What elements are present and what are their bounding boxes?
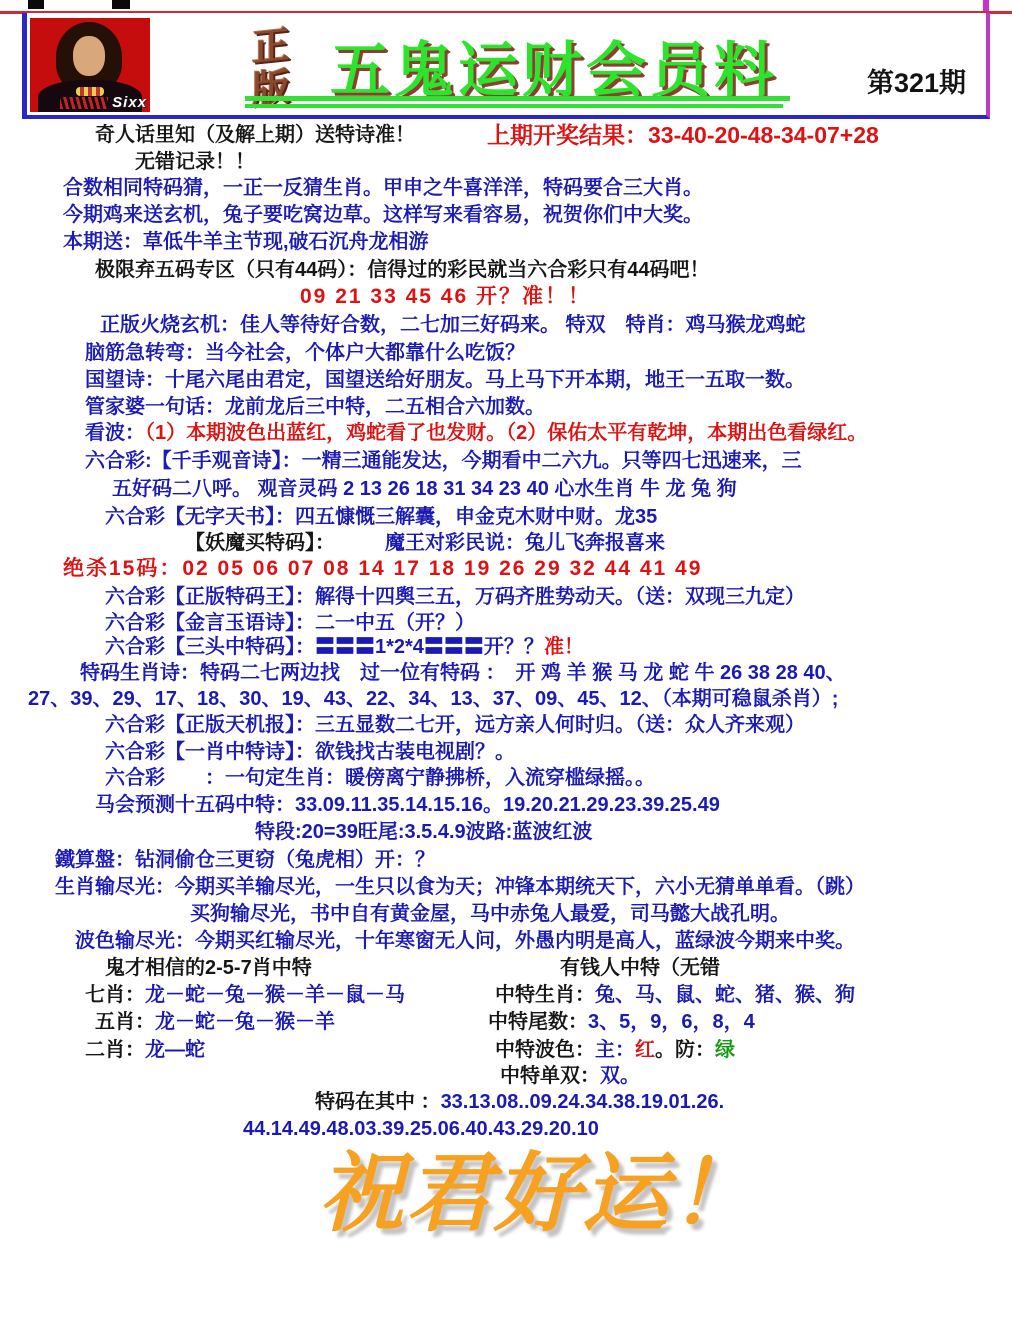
- text-segment: 六合彩:【千手观音诗】：一精三通能发达，今期看中二六九。只等四七迅速来，三: [85, 450, 802, 472]
- text-segment: 有钱人中特（无错: [560, 957, 720, 979]
- text-segment: 七肖：: [85, 984, 145, 1006]
- text-line: 国望诗：十尾六尾由君定，国望送给好朋友。马上马下开本期，地王一五取一数。: [85, 368, 805, 392]
- text-line: 波色输尽光：今期买红输尽光，十年寒窗无人问，外愚内明是高人，蓝绿波今期来中奖。: [75, 929, 855, 953]
- text-segment: 【妖魔买特码】：: [185, 532, 325, 554]
- text-line: 合数相同特码猜，一正一反猜生肖。甲申之牛喜洋洋，特码要合三大肖。: [63, 176, 703, 200]
- 44-codes-pick: 09 21 33 45 46 开？准！！: [300, 285, 591, 309]
- text-segment: 管家婆一句话：龙前龙后三中特，二五相合六加数。: [85, 396, 545, 418]
- portrait-photo: Sixx: [30, 18, 150, 112]
- text-segment: 六合彩【一肖中特诗】：欲钱找古装电视剧？。: [105, 741, 515, 763]
- title-underline: [245, 96, 790, 101]
- text-segment: 奇人话里知（及解上期）送特诗准！: [95, 124, 415, 146]
- text-line: 极限弃五码专区（只有44码）：信得过的彩民就当六合彩只有44码吧！: [95, 258, 710, 282]
- text-segment: 六合彩【正版天机报】：三五显数二七开，远方亲人何时归。（送：众人齐来观）: [105, 714, 805, 736]
- text-segment: 正版火烧玄机：佳人等待好合数，二七加三好码来。 特双 特肖：鸡马猴龙鸡蛇: [100, 314, 806, 336]
- text-line-col2: 有钱人中特（无错: [560, 956, 720, 980]
- text-segment: 兔、马、鼠、蛇、猪、猴、狗: [595, 984, 855, 1006]
- scan-artifact: [28, 0, 44, 9]
- text-line: 今期鸡来送玄机，兔子要吃窝边草。这样写来看容易，祝贺你们中大奖。: [63, 203, 703, 227]
- lottery-flyer-page: Sixx 正版 五鬼运财会员料 第321期 奇人话里知（及解上期）送特诗准！上期…: [0, 0, 1012, 1321]
- text-segment: 本期送：草低牛羊主节现,破石沉舟龙相游: [63, 231, 429, 253]
- text-segment: 特段:20=39旺尾:3.5.4.9波路:蓝波红波: [255, 821, 592, 843]
- text-line: 二肖：龙—蛇中特波色：主：红。防：绿: [85, 1038, 205, 1062]
- text-segment: 五好码二八呼。 观音灵码 2 13 26 18 31 34 23 40 心水生肖…: [112, 478, 737, 500]
- text-segment: 中特尾数：: [488, 1011, 588, 1033]
- text-segment: 特码在其中 ：: [315, 1091, 441, 1113]
- text-line: 脑筋急转弯：当今社会，个体户大都靠什么吃饭？: [85, 341, 525, 365]
- text-segment: 龙－蛇－兔－猴－羊－鼠－马: [145, 984, 405, 1006]
- text-line: 六合彩:【千手观音诗】：一精三通能发达，今期看中二六九。只等四七迅速来，三: [85, 449, 802, 473]
- text-segment: 六合彩【无字天书】：四五慷慨三解囊，申金克木财中财。龙35: [105, 506, 657, 528]
- text-line: 六合彩 ：一句定生肖：暖傍离宁静拂桥，入流穿槛绿摇。。: [105, 766, 655, 790]
- text-segment: 3、5，9，6，8，4: [588, 1011, 755, 1033]
- text-line: 管家婆一句话：龙前龙后三中特，二五相合六加数。: [85, 395, 545, 419]
- text-segment: 国望诗：十尾六尾由君定，国望送给好朋友。马上马下开本期，地王一五取一数。: [85, 369, 805, 391]
- text-segment: 中特生肖：: [495, 984, 595, 1006]
- photo-red-scribble: [60, 97, 108, 109]
- text-line-col2: 中特波色：主：红。防：绿: [495, 1038, 735, 1062]
- text-line: 特段:20=39旺尾:3.5.4.9波路:蓝波红波: [255, 820, 592, 844]
- text-segment: 防：: [675, 1039, 715, 1061]
- text-segment: 绝杀15码：02 05 06 07 08 14 17 18 19 26 29 3…: [63, 557, 702, 580]
- text-line: 看波：（1）本期波色出蓝红，鸡蛇看了也发财。（2）保佑太平有乾坤，本期出色看绿红…: [85, 421, 867, 445]
- text-line: 六合彩【正版天机报】：三五显数二七开，远方亲人何时归。（送：众人齐来观）: [105, 713, 805, 737]
- text-segment: 六合彩 ：一句定生肖：暖傍离宁静拂桥，入流穿槛绿摇。。: [105, 767, 655, 789]
- text-line: 五肖：龙－蛇－兔－猴－羊中特尾数：3、5，9，6，8，4: [95, 1010, 335, 1034]
- text-segment: 马会预测十五码中特：33.09.11.35.14.15.16。19.20.21.…: [95, 794, 720, 816]
- text-segment: 五肖：: [95, 1011, 155, 1033]
- text-line: 马会预测十五码中特：33.09.11.35.14.15.16。19.20.21.…: [95, 793, 720, 817]
- text-segment: 二肖：: [85, 1039, 145, 1061]
- text-line: 奇人话里知（及解上期）送特诗准！上期开奖结果：33-40-20-48-34-07…: [95, 123, 415, 147]
- text-segment: 27、39、29、17、18、30、19、43、22、34、13、37、09、4…: [28, 688, 838, 710]
- title-underline: [245, 104, 783, 108]
- last-draw-result: 上期开奖结果：33-40-20-48-34-07+28: [487, 123, 879, 149]
- text-segment: 六合彩【金言玉语诗】：二一中五（开？）: [105, 612, 475, 634]
- text-line: 五好码二八呼。 观音灵码 2 13 26 18 31 34 23 40 心水生肖…: [112, 477, 737, 501]
- text-line: 无错记录！！: [135, 150, 255, 174]
- portrait-necklace: [76, 87, 104, 96]
- kill-15-codes: 绝杀15码：02 05 06 07 08 14 17 18 19 26 29 3…: [63, 557, 702, 581]
- text-line: 六合彩【三头中特码】：〓〓〓1*2*4〓〓〓开？？准！: [105, 635, 584, 659]
- text-segment: 特码生肖诗：特码二七两边找 过一位有特码 ： 开 鸡 羊 猴 马 龙 蛇 牛 2…: [80, 662, 846, 684]
- text-segment: 六合彩【正版特码王】：解得十四舆三五，万码齐胜势动天。（送：双现三九定）: [105, 586, 805, 608]
- text-segment: 无错记录！！: [135, 151, 255, 173]
- text-segment: 红: [635, 1039, 655, 1061]
- text-line: 鐵算盤：钻洞偷仓三更窃（兔虎相）开：？: [55, 848, 435, 872]
- text-segment: 33.13.08..09.24.34.38.19.01.26.: [441, 1091, 725, 1113]
- text-segment: 魔王对彩民说：兔儿飞奔报喜来: [325, 532, 665, 554]
- photo-watermark: Sixx: [112, 94, 147, 111]
- text-segment: 生肖输尽光：今期买羊输尽光，一生只以食为天；冲锋本期统天下，六小无猜单单看。（跳…: [55, 876, 865, 898]
- text-segment: 龙—蛇: [145, 1039, 205, 1061]
- text-segment: 鐵算盤：钻洞偷仓三更窃（兔虎相）开：？: [55, 849, 435, 871]
- text-line: 六合彩【正版特码王】：解得十四舆三五，万码齐胜势动天。（送：双现三九定）: [105, 585, 805, 609]
- masthead: Sixx 正版 五鬼运财会员料 第321期: [22, 13, 990, 119]
- text-segment: 绿: [715, 1039, 735, 1061]
- text-segment: 09 21 33 45 46 开？准！！: [300, 285, 591, 308]
- text-segment: 脑筋急转弯：当今社会，个体户大都靠什么吃饭？: [85, 342, 525, 364]
- text-segment: 极限弃五码专区（只有44码）：信得过的彩民就当六合彩只有44码吧！: [95, 259, 710, 281]
- text-segment: 今期鸡来送玄机，兔子要吃窝边草。这样写来看容易，祝贺你们中大奖。: [63, 204, 703, 226]
- text-line: 六合彩【金言玉语诗】：二一中五（开？）: [105, 611, 475, 635]
- text-segment: 中特单双：: [500, 1065, 600, 1087]
- issue-number: 第321期: [867, 61, 966, 100]
- text-line: 特码生肖诗：特码二七两边找 过一位有特码 ： 开 鸡 羊 猴 马 龙 蛇 牛 2…: [80, 661, 846, 685]
- scan-artifact: [112, 0, 130, 9]
- text-line-col2: 中特生肖：兔、马、鼠、蛇、猪、猴、狗: [495, 983, 855, 1007]
- good-luck-wish: 祝君好运！: [318, 1124, 758, 1248]
- text-segment: 看波：: [85, 422, 145, 444]
- text-line: 生肖输尽光：今期买羊输尽光，一生只以食为天；冲锋本期统天下，六小无猜单单看。（跳…: [55, 875, 865, 899]
- text-line: 七肖：龙－蛇－兔－猴－羊－鼠－马中特生肖：兔、马、鼠、蛇、猪、猴、狗: [85, 983, 405, 1007]
- text-segment: 合数相同特码猜，一正一反猜生肖。甲申之牛喜洋洋，特码要合三大肖。: [63, 177, 703, 199]
- text-line: 买狗输尽光，书中自有黄金屋，马中赤兔人最爱，司马懿大战孔明。: [190, 902, 790, 926]
- text-line: 本期送：草低牛羊主节现,破石沉舟龙相游: [63, 230, 429, 254]
- text-segment: 鬼才相信的2-5-7肖中特: [105, 957, 312, 979]
- text-segment: 买狗输尽光，书中自有黄金屋，马中赤兔人最爱，司马懿大战孔明。: [190, 903, 790, 925]
- text-segment: 。: [655, 1039, 675, 1061]
- text-line: 【妖魔买特码】： 魔王对彩民说：兔儿飞奔报喜来: [185, 531, 665, 555]
- text-line: 六合彩【无字天书】：四五慷慨三解囊，申金克木财中财。龙35: [105, 505, 657, 529]
- text-segment: 上期开奖结果：33-40-20-48-34-07+28: [487, 122, 879, 148]
- text-segment: 准！: [544, 636, 584, 658]
- text-segment: 主：: [595, 1039, 635, 1061]
- text-line-col2: 中特尾数：3、5，9，6，8，4: [488, 1010, 755, 1034]
- text-line: 正版火烧玄机：佳人等待好合数，二七加三好码来。 特双 特肖：鸡马猴龙鸡蛇: [100, 313, 806, 337]
- text-segment: 双。: [600, 1065, 640, 1087]
- text-line: 中特单双：双。: [500, 1064, 640, 1088]
- special-codes: 特码在其中 ：33.13.08..09.24.34.38.19.01.26.: [315, 1090, 724, 1114]
- text-segment: （1）本期波色出蓝红，鸡蛇看了也发财。（2）保佑太平有乾坤，本期出色看绿红。: [145, 422, 867, 444]
- text-segment: 中特波色：: [495, 1039, 595, 1061]
- text-line: 六合彩【一肖中特诗】：欲钱找古装电视剧？。: [105, 740, 515, 764]
- text-line: 鬼才相信的2-5-7肖中特有钱人中特（无错: [105, 956, 312, 980]
- text-line: 27、39、29、17、18、30、19、43、22、34、13、37、09、4…: [28, 687, 838, 711]
- text-segment: 波色输尽光：今期买红输尽光，十年寒窗无人问，外愚内明是高人，蓝绿波今期来中奖。: [75, 930, 855, 952]
- text-segment: 龙－蛇－兔－猴－羊: [155, 1011, 335, 1033]
- text-segment: 六合彩【三头中特码】：〓〓〓1*2*4〓〓〓开？？: [105, 636, 544, 658]
- portrait-face: [73, 36, 105, 76]
